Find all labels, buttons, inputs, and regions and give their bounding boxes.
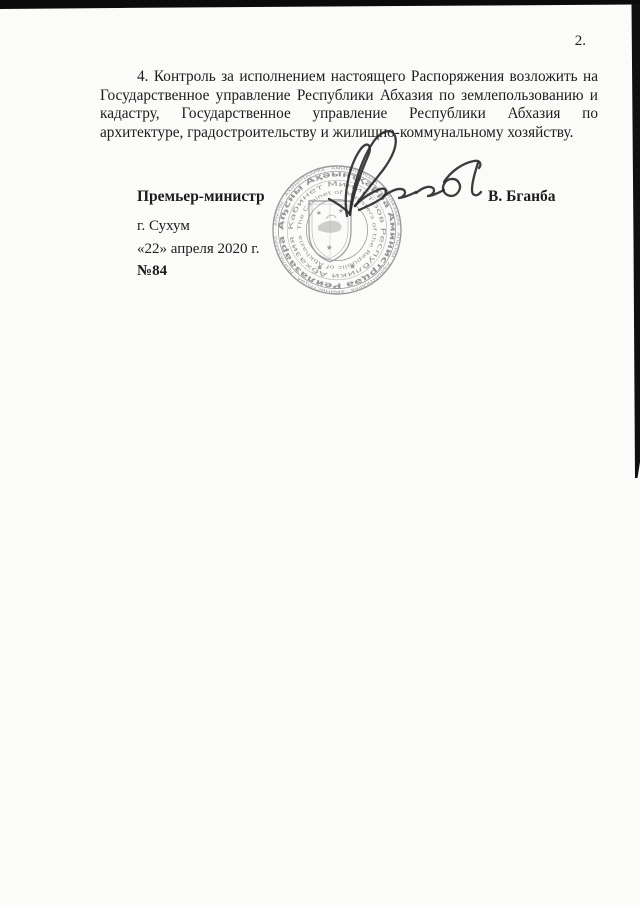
seal-star-icon: ★ <box>316 263 323 272</box>
seal-and-signature: · АҦСНЫ · АҲӘЫНҬҚАРРА · АМИНИСТРЦӘА · РЕ… <box>250 122 500 305</box>
scan-artifact-right-edge <box>632 4 640 478</box>
shield-star-icon: ★ <box>316 209 322 217</box>
official-seal: · АҦСНЫ · АҲӘЫНҬҚАРРА · АМИНИСТРЦӘА · РЕ… <box>273 166 401 294</box>
shield-horseman-figure <box>318 221 342 233</box>
page-number: 2. <box>540 33 586 50</box>
scan-artifact-top-bar <box>0 0 640 9</box>
shield-star-icon: ★ <box>326 243 333 252</box>
date-line: «22» апреля 2020 г. <box>137 241 260 258</box>
seal-star-icon: ★ <box>349 262 356 271</box>
paragraph-line: кадастру, Государственное управление Рес… <box>100 105 598 124</box>
paragraph-line: Государственное управление Республики Аб… <box>100 87 598 106</box>
document-page: 2. 4. Контроль за исполнением настоящего… <box>0 0 640 905</box>
document-number-line: №84 <box>137 263 167 280</box>
city-line: г. Сухум <box>137 218 190 235</box>
paragraph-line: 4. Контроль за исполнением настоящего Ра… <box>100 68 598 87</box>
official-title: Премьер-министр <box>137 188 265 206</box>
